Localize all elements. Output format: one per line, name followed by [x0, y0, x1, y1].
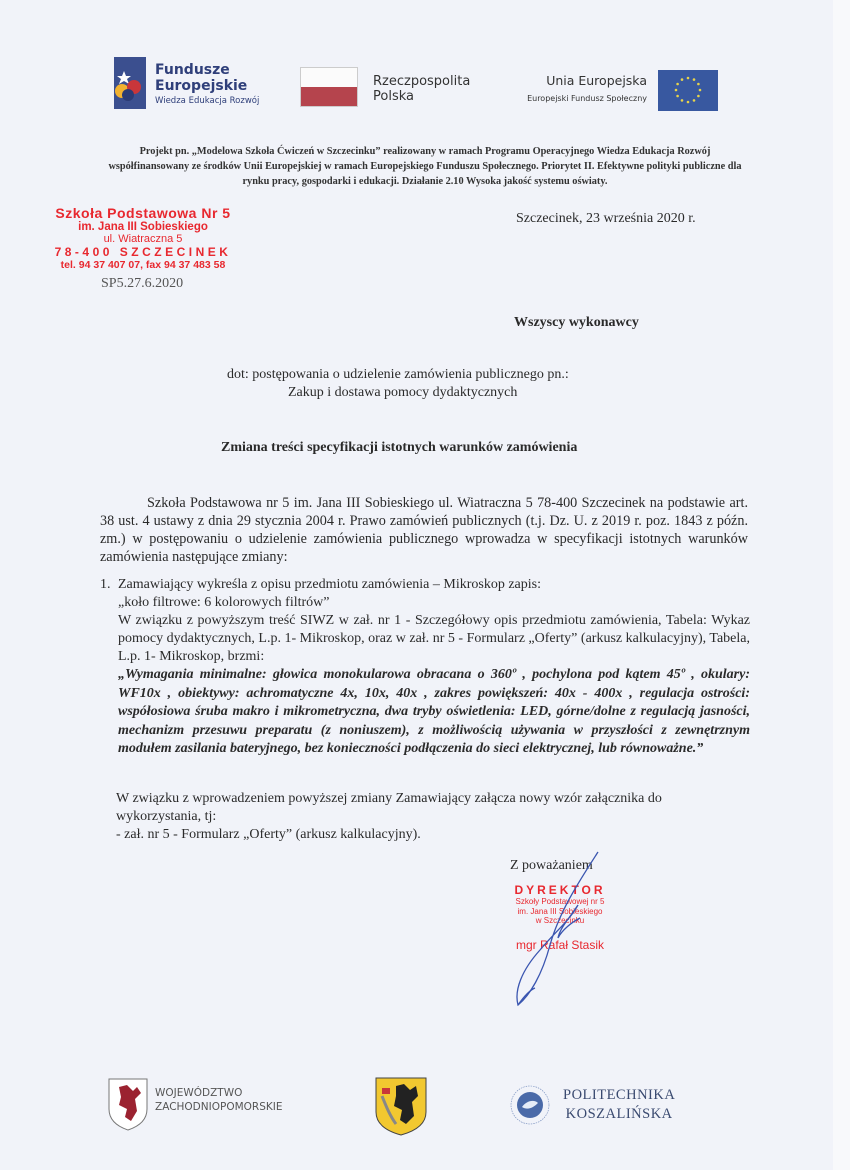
fundusze-europejskie-sub: Wiedza Edukacja Rozwój — [155, 96, 259, 106]
wojewodztwo-coat-of-arms-icon — [107, 1077, 149, 1131]
date: Szczecinek, 23 września 2020 r. — [516, 211, 696, 227]
wojewodztwo-name: WOJEWÓDZTWO ZACHODNIOPOMORSKIE — [155, 1086, 282, 1114]
unia-europejska-sub: Europejski Fundusz Społeczny — [515, 94, 647, 103]
fundusze-europejskie-logo-icon — [114, 57, 146, 109]
fundusze-europejskie-name: Fundusze Europejskie — [155, 62, 247, 94]
politechnika-logo-icon — [510, 1085, 550, 1125]
szczecinek-coat-of-arms-icon — [374, 1076, 428, 1136]
eu-flag-icon — [658, 70, 718, 111]
attachment-note: W związku z wprowadzeniem powyższej zmia… — [116, 790, 746, 844]
specification-quote: „Wymagania minimalne: głowica monokularo… — [118, 666, 750, 759]
scan-edge — [833, 0, 850, 1170]
rzeczpospolita-polska-name: Rzeczpospolita Polska — [373, 74, 470, 104]
unia-europejska-name: Unia Europejska — [542, 73, 647, 88]
signature-icon — [500, 850, 610, 1010]
reference-number: SP5.27.6.2020 — [101, 276, 183, 292]
subject-line-2: Zakup i dostawa pomocy dydaktycznych — [288, 385, 517, 401]
list-number: 1. — [100, 576, 111, 594]
recipient: Wszyscy wykonawcy — [514, 315, 639, 331]
polish-flag-icon — [300, 67, 358, 107]
document-heading: Zmiana treści specyfikacji istotnych war… — [221, 440, 577, 456]
project-info: Projekt pn. „Modelowa Szkoła Ćwiczeń w S… — [100, 144, 750, 189]
intro-paragraph: Szkoła Podstawowa nr 5 im. Jana III Sobi… — [100, 494, 748, 566]
changes-list: 1. Zamawiający wykreśla z opisu przedmio… — [100, 576, 750, 759]
politechnika-name: POLITECHNIKA KOSZALIŃSKA — [563, 1086, 675, 1124]
subject-line-1: dot: postępowania o udzielenie zamówieni… — [227, 367, 569, 383]
school-stamp: Szkoła Podstawowa Nr 5 im. Jana III Sobi… — [48, 205, 238, 271]
list-item: Zamawiający wykreśla z opisu przedmiotu … — [118, 576, 750, 759]
